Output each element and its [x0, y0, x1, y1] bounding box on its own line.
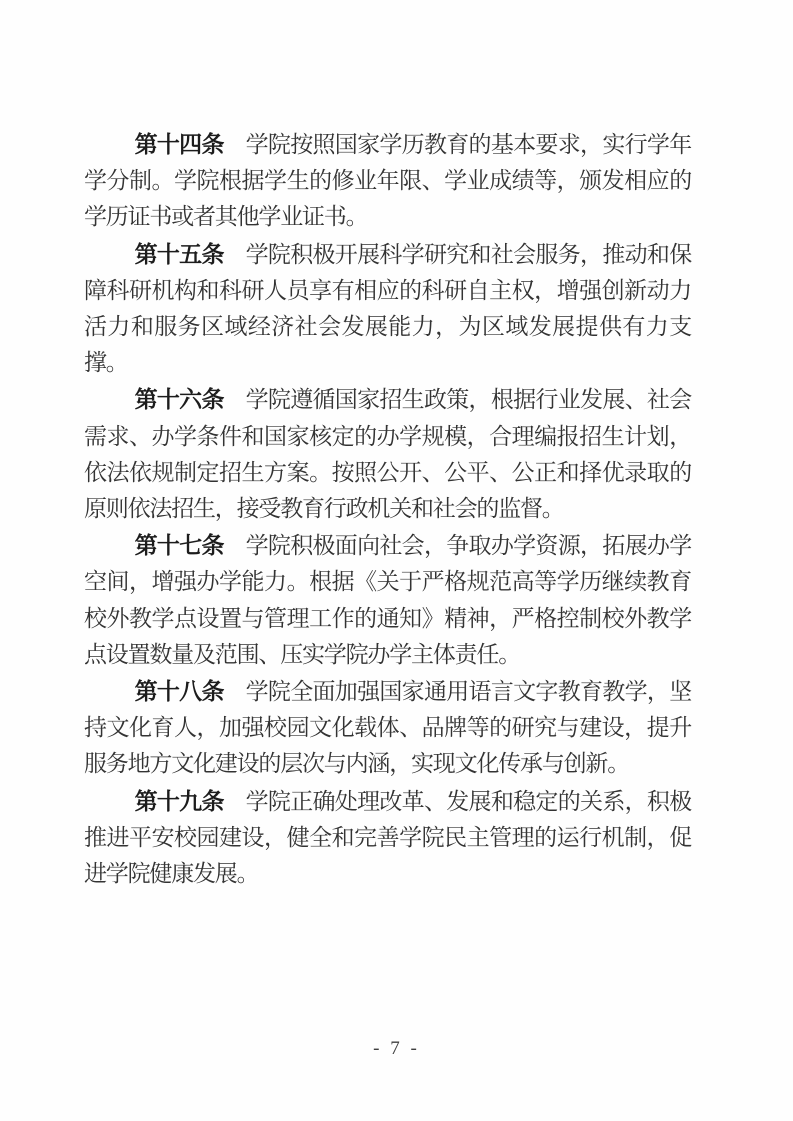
article-15-paragraph: 第十五条学院积极开展科学研究和社会服务，推动和保障科研机构和科研人员享有相应的科…	[84, 236, 691, 382]
article-14-paragraph: 第十四条学院按照国家学历教育的基本要求，实行学年学分制。学院根据学生的修业年限、…	[84, 126, 691, 236]
article-18-number: 第十八条	[135, 678, 224, 704]
document-page: 第十四条学院按照国家学历教育的基本要求，实行学年学分制。学院根据学生的修业年限、…	[0, 0, 793, 1121]
article-19-paragraph: 第十九条学院正确处理改革、发展和稳定的关系，积极推进平安校园建设，健全和完善学院…	[84, 783, 691, 893]
page-number: - 7 -	[373, 1038, 420, 1059]
page-footer: - 7 -	[0, 1038, 793, 1060]
document-body: 第十四条学院按照国家学历教育的基本要求，实行学年学分制。学院根据学生的修业年限、…	[84, 126, 691, 892]
article-14-number: 第十四条	[135, 131, 224, 157]
article-16-paragraph: 第十六条学院遵循国家招生政策，根据行业发展、社会需求、办学条件和国家核定的办学规…	[84, 381, 691, 527]
article-16-number: 第十六条	[135, 386, 224, 412]
article-15-number: 第十五条	[135, 241, 224, 267]
article-17-number: 第十七条	[135, 532, 224, 558]
article-17-paragraph: 第十七条学院积极面向社会，争取办学资源，拓展办学空间，增强办学能力。根据《关于严…	[84, 527, 691, 673]
article-19-number: 第十九条	[135, 788, 224, 814]
article-18-paragraph: 第十八条学院全面加强国家通用语言文字教育教学，坚持文化育人，加强校园文化载体、品…	[84, 673, 691, 783]
